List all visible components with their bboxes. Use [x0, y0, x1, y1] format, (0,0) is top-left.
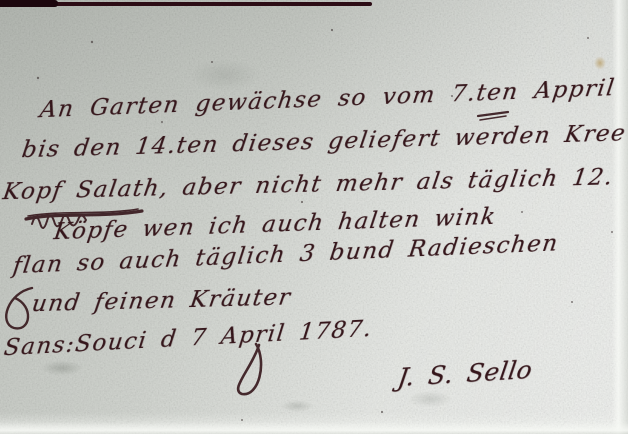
stain: [592, 54, 608, 72]
signature: J. S. Sello: [396, 355, 535, 393]
flourish-loop: [238, 344, 261, 394]
scan-top-edge-line: [0, 2, 372, 6]
scanned-manuscript-page: An Garten gewächse so vom 7.ten Appril b…: [0, 0, 628, 434]
flourish-loop: [6, 288, 32, 328]
handwriting-line-3: Kopf Salath, aber nicht mehr als täglich…: [1, 164, 615, 205]
handwriting-line-6: und feinen Kräuter: [30, 284, 293, 317]
handwriting-line-1: An Garten gewächse so vom 7.ten Appril: [38, 75, 617, 123]
paper-bottom-edge: [0, 422, 628, 434]
smudge: [275, 398, 319, 414]
superscript-underline: [478, 112, 508, 116]
dateline: Sans:Souci d 7 April 1787.: [2, 316, 374, 362]
smudge: [34, 358, 90, 378]
paper-right-edge: [612, 0, 628, 434]
handwriting-line-2: bis den 14.ten dieses geliefert werden K…: [20, 120, 628, 163]
